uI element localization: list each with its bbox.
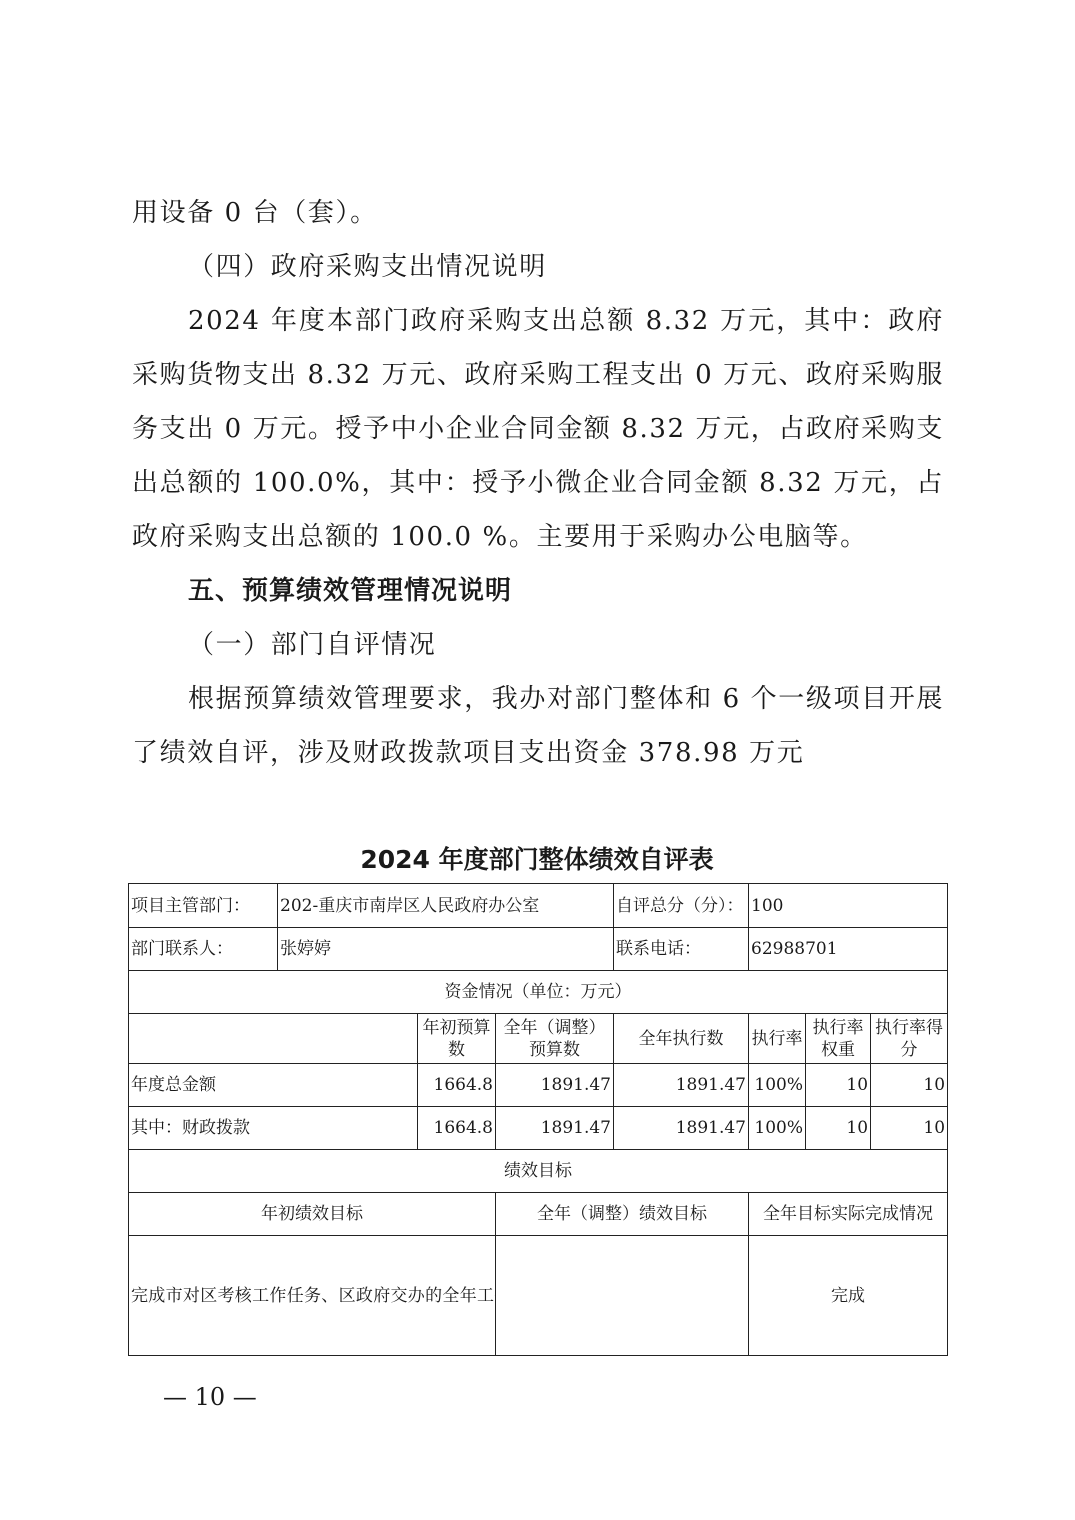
funds-col-executed: 全年执行数 [614, 1014, 749, 1064]
goals-section-header: 绩效目标 [129, 1150, 948, 1193]
funds-col-exec-rate: 执行率 [749, 1014, 806, 1064]
table-row-goal: 完成市对区考核工作任务、区政府交办的全年工作任务；通过到各职能部门、镇、街深入调… [129, 1236, 948, 1356]
funds-col-exec-score: 执行率得分 [871, 1014, 948, 1064]
funds-initial-budget: 1664.8 [418, 1107, 496, 1150]
goal-adjusted-text [496, 1236, 749, 1356]
funds-exec-weight: 10 [806, 1064, 871, 1107]
funds-col-exec-weight: 执行率权重 [806, 1014, 871, 1064]
goals-col-actual: 全年目标实际完成情况 [749, 1193, 948, 1236]
table-row-contact: 部门联系人： 张婷婷 联系电话： 62988701 [129, 928, 948, 971]
funds-executed: 1891.47 [614, 1064, 749, 1107]
funds-col-initial-budget: 年初预算数 [418, 1014, 496, 1064]
chapter-heading-performance: 五、预算绩效管理情况说明 [188, 564, 512, 618]
dept-value: 202-重庆市南岸区人民政府办公室 [278, 884, 614, 928]
section-heading-procurement: （四）政府采购支出情况说明 [188, 240, 547, 294]
self-score-value: 100 [749, 884, 948, 928]
performance-evaluation-table: 项目主管部门： 202-重庆市南岸区人民政府办公室 自评总分（分）： 100 部… [128, 883, 948, 1356]
table-row-funds-total: 年度总金额 1664.8 1891.47 1891.47 100% 10 10 [129, 1064, 948, 1107]
page-number: — 10 — [163, 1382, 257, 1412]
table-title: 2024 年度部门整体绩效自评表 [128, 840, 946, 880]
dept-label: 项目主管部门： [129, 884, 278, 928]
goal-initial-text: 完成市对区考核工作任务、区政府交办的全年工作任务；通过到各职能部门、镇、街深入调… [129, 1236, 496, 1356]
phone-value: 62988701 [749, 928, 948, 971]
goal-actual-status: 完成 [749, 1236, 948, 1356]
paragraph-continuation: 用设备 0 台（套）。 [132, 186, 944, 240]
goals-col-adjusted: 全年（调整）绩效目标 [496, 1193, 749, 1236]
goals-col-initial: 年初绩效目标 [129, 1193, 496, 1236]
phone-label: 联系电话： [614, 928, 749, 971]
table-row-goals-columns: 年初绩效目标 全年（调整）绩效目标 全年目标实际完成情况 [129, 1193, 948, 1236]
contact-value: 张婷婷 [278, 928, 614, 971]
funds-exec-rate: 100% [749, 1064, 806, 1107]
self-score-label: 自评总分（分）： [614, 884, 749, 928]
table-row-funds-columns: 年初预算数 全年（调整）预算数 全年执行数 执行率 执行率权重 执行率得分 [129, 1014, 948, 1064]
funds-exec-weight: 10 [806, 1107, 871, 1150]
contact-label: 部门联系人： [129, 928, 278, 971]
funds-exec-score: 10 [871, 1064, 948, 1107]
paragraph-procurement: 2024 年度本部门政府采购支出总额 8.32 万元，其中：政府采购货物支出 8… [132, 294, 944, 564]
funds-col-blank [129, 1014, 418, 1064]
table-row-funds-fiscal: 其中：财政拨款 1664.8 1891.47 1891.47 100% 10 1… [129, 1107, 948, 1150]
table-row-funds-header: 资金情况（单位：万元） [129, 971, 948, 1014]
table-row-department: 项目主管部门： 202-重庆市南岸区人民政府办公室 自评总分（分）： 100 [129, 884, 948, 928]
funds-col-adjusted-budget: 全年（调整）预算数 [496, 1014, 614, 1064]
funds-exec-rate: 100% [749, 1107, 806, 1150]
funds-executed: 1891.47 [614, 1107, 749, 1150]
funds-section-header: 资金情况（单位：万元） [129, 971, 948, 1014]
section-heading-self-evaluation: （一）部门自评情况 [188, 618, 436, 672]
funds-exec-score: 10 [871, 1107, 948, 1150]
funds-row-label: 其中：财政拨款 [129, 1107, 418, 1150]
funds-initial-budget: 1664.8 [418, 1064, 496, 1107]
table-row-goals-header: 绩效目标 [129, 1150, 948, 1193]
funds-row-label: 年度总金额 [129, 1064, 418, 1107]
funds-adjusted-budget: 1891.47 [496, 1064, 614, 1107]
paragraph-self-evaluation: 根据预算绩效管理要求，我办对部门整体和 6 个一级项目开展了绩效自评，涉及财政拨… [132, 672, 944, 780]
funds-adjusted-budget: 1891.47 [496, 1107, 614, 1150]
